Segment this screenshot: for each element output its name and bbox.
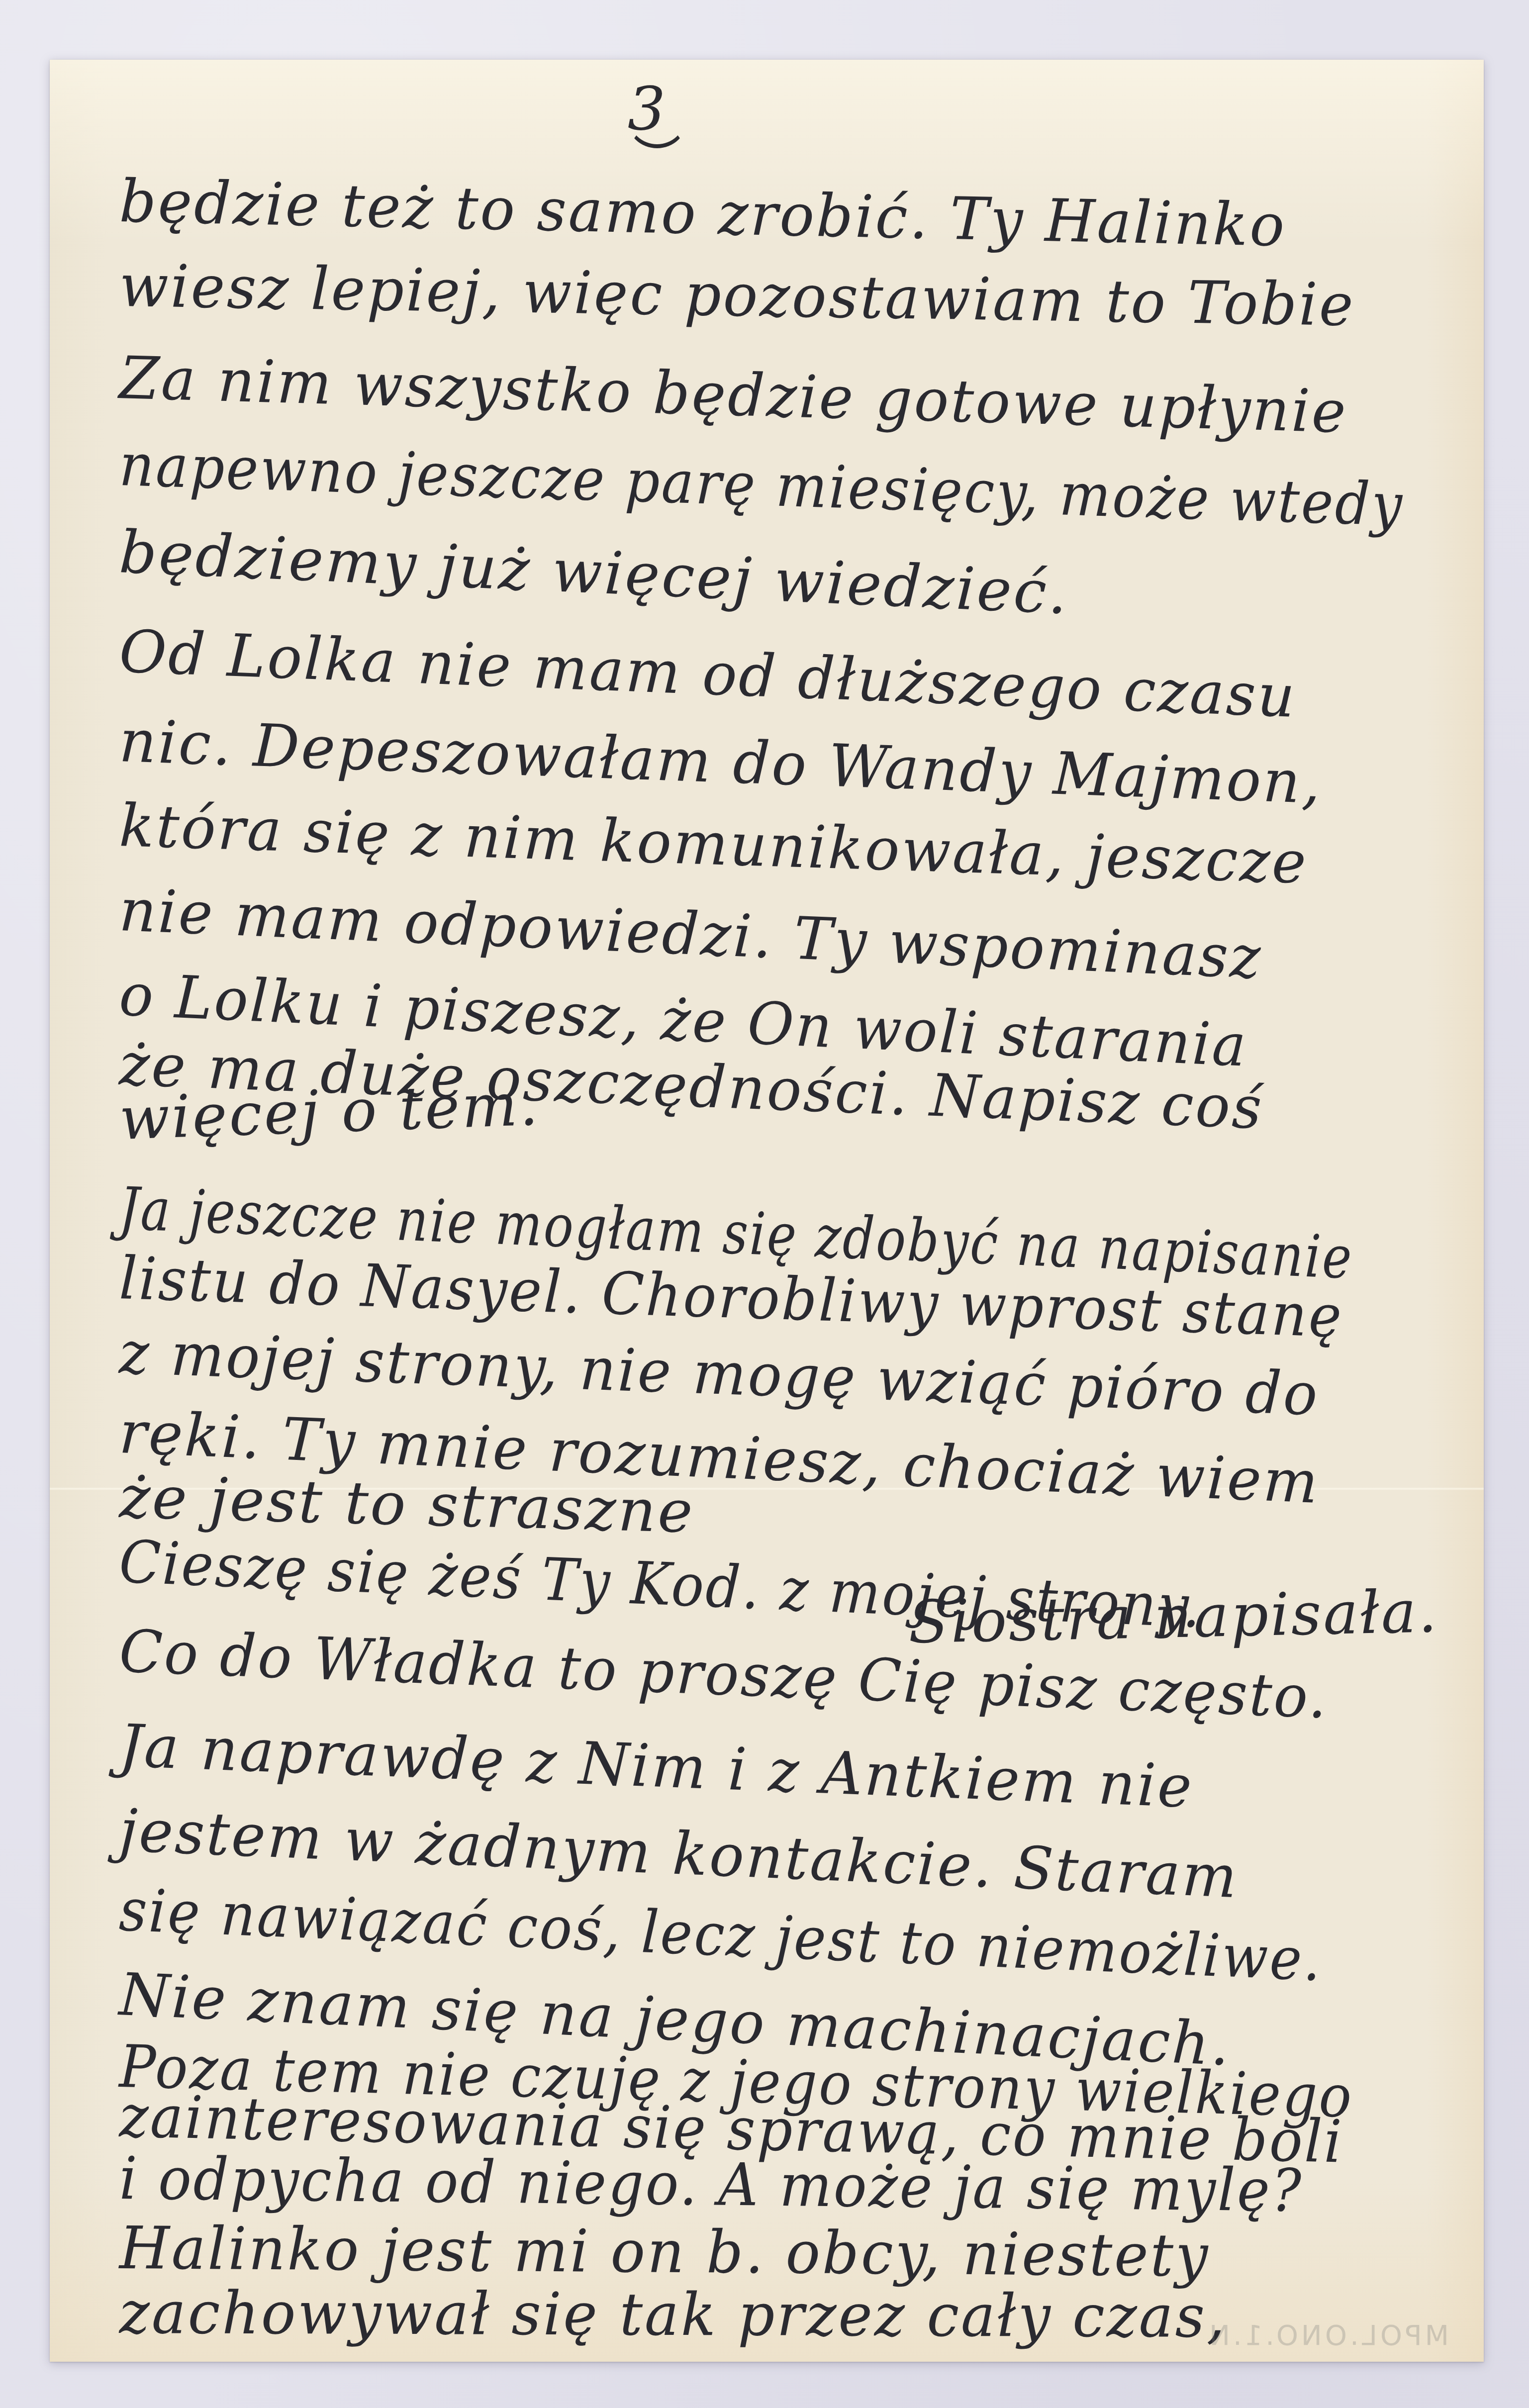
letter-line: i odpycha od niego. A może ja się mylę? (119, 2149, 1303, 2220)
page-number-underline (627, 90, 687, 148)
letter-line: napewno jeszcze parę miesięcy, może wted… (118, 435, 1405, 534)
letter-line: będzie też to samo zrobić. Ty Halinko (119, 172, 1287, 255)
letter-line: że jest to straszne (118, 1467, 695, 1541)
letter-line: Ja naprawdę z Nim i z Antkiem nie (118, 1716, 1195, 1816)
letter-page: 3 będzie też to samo zrobić. Ty Halinko … (50, 60, 1484, 2362)
letter-line: wiesz lepiej, więc pozostawiam to Tobie (119, 256, 1355, 334)
archive-stamp-bleedthrough: MPOL.ONO.1.N (1206, 2319, 1449, 2352)
letter-line: będziemy już więcej wiedzieć. (118, 522, 1070, 622)
letter-line: więcej o tem. (118, 1075, 541, 1148)
letter-line: Halinko jest mi on b. obcy, niestety (119, 2218, 1210, 2285)
letter-line: Za nim wszystko będzie gotowe upłynie (118, 348, 1348, 441)
letter-line: Siostra napisała. (908, 1582, 1439, 1651)
letter-line: zachowywał się tak przez cały czas, (119, 2283, 1227, 2346)
letter-line: Od Lolka nie mam od dłuższego czasu (118, 622, 1298, 726)
